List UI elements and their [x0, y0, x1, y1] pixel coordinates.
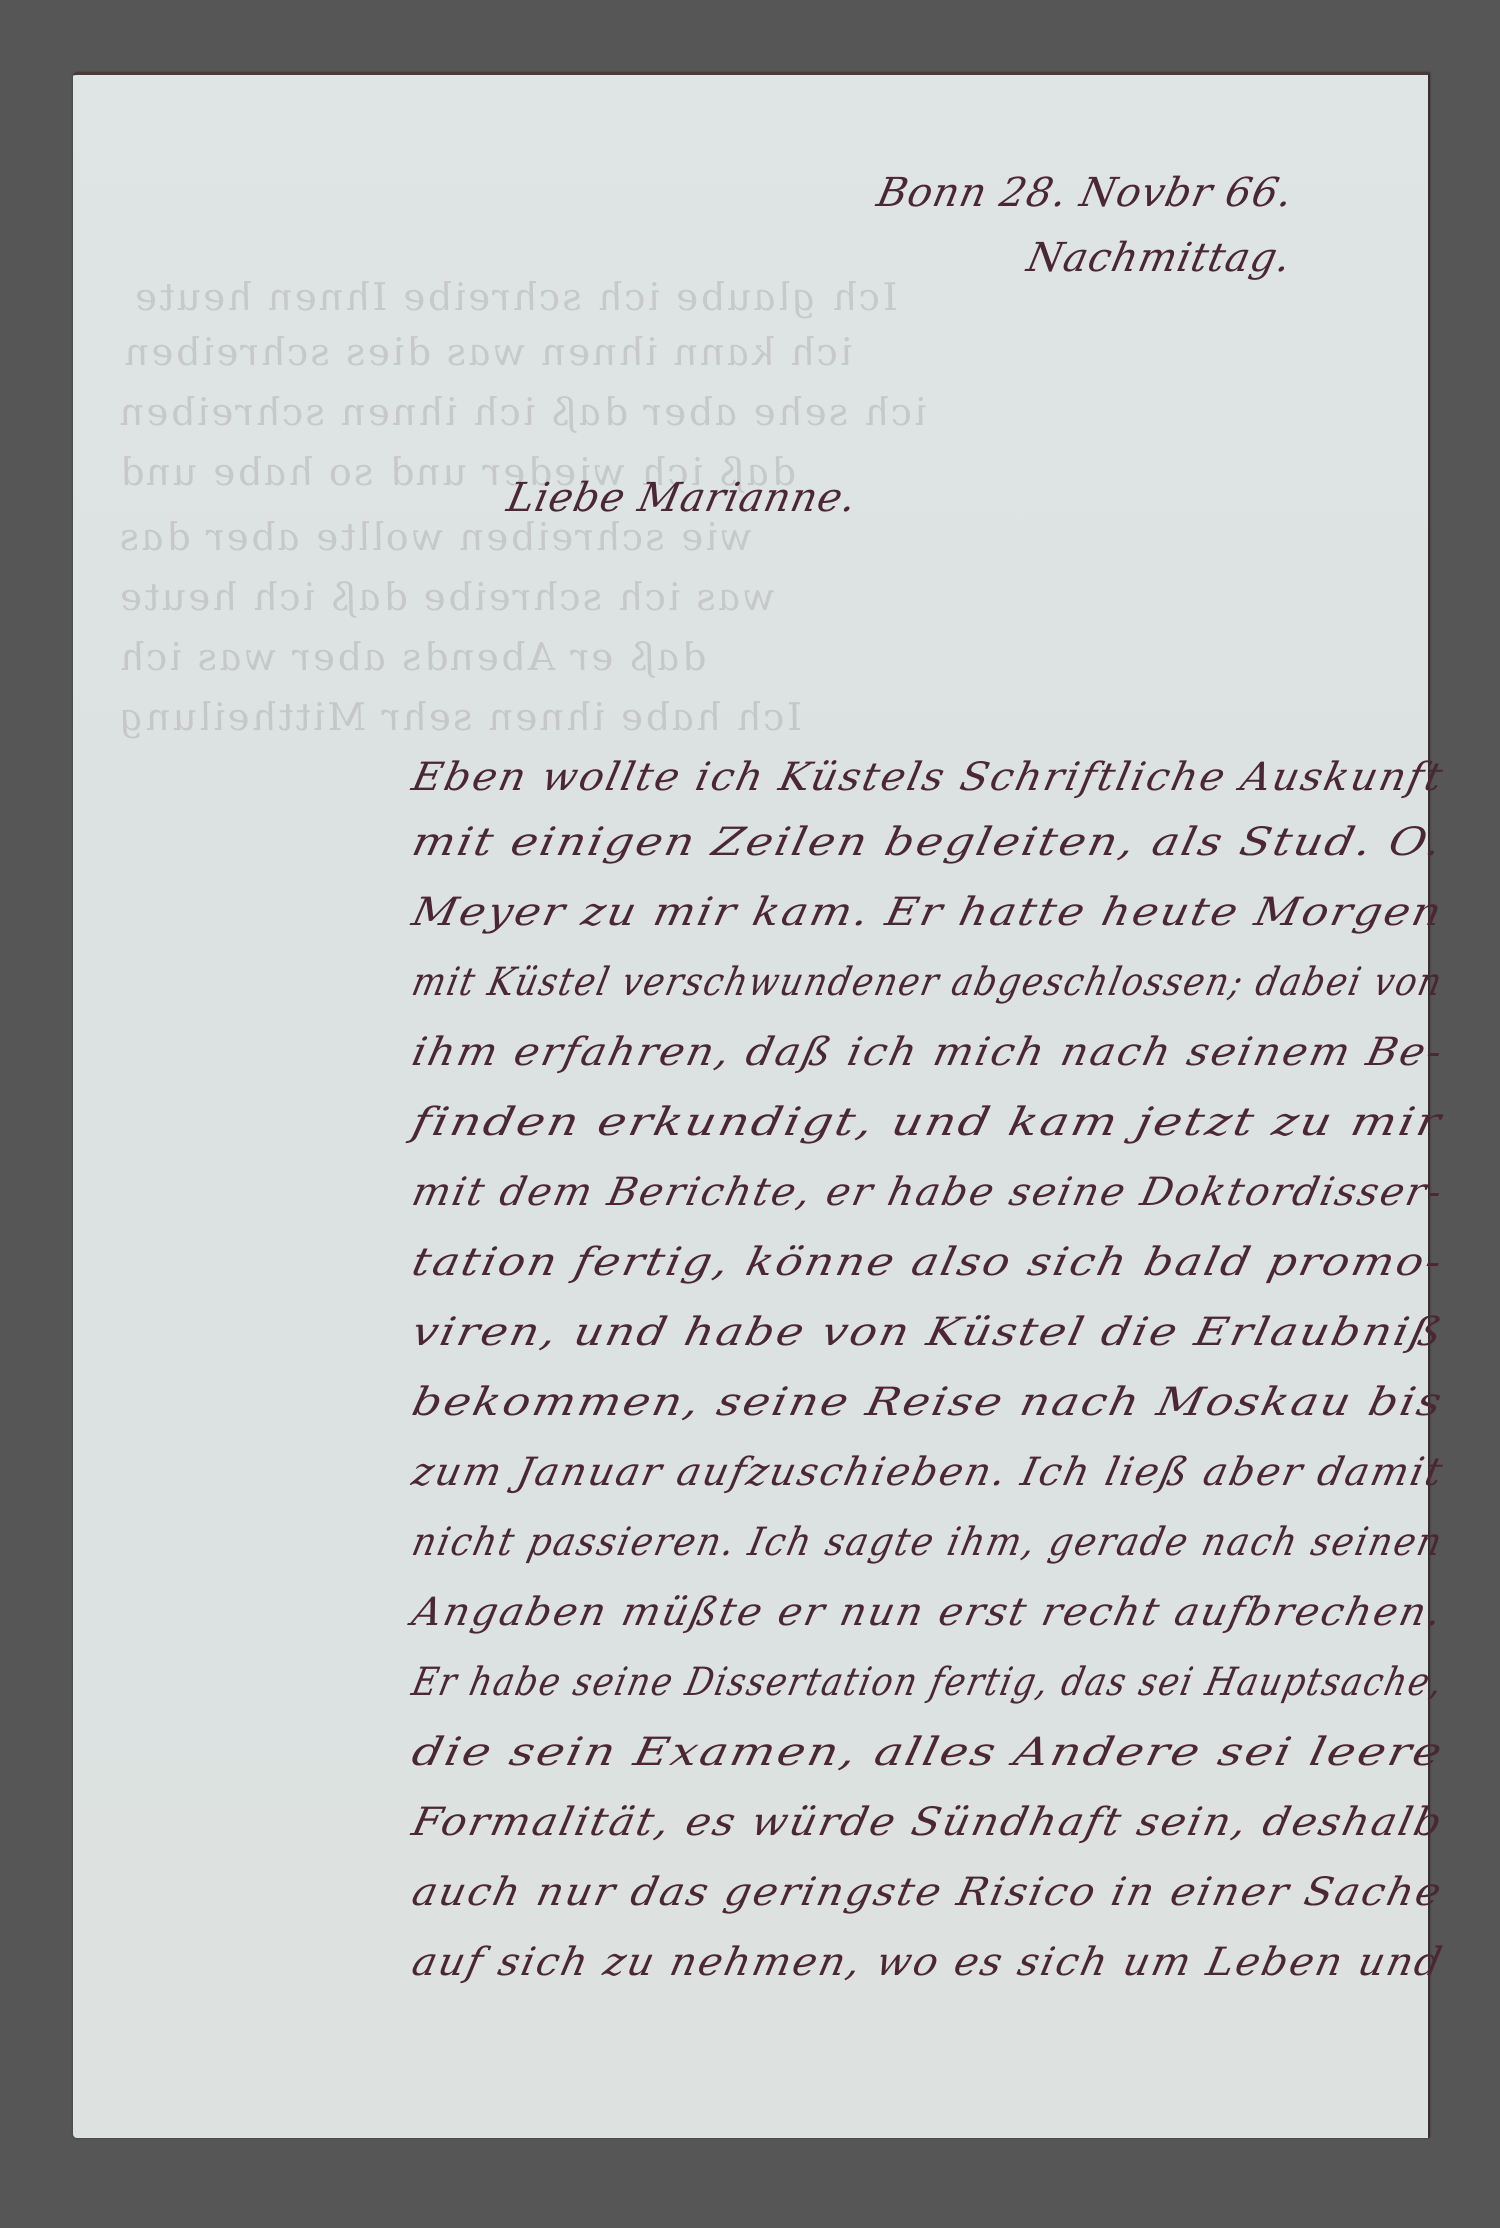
letter-body-line: mit einigen Zeilen begleiten, als Stud. … [408, 820, 1447, 865]
bleed-through-line: Ich habe ihnen sehr Mittheilung [114, 695, 806, 739]
letter-body-line: zum Januar aufzuschieben. Ich ließ aber … [408, 1450, 1448, 1495]
bleed-through-line: was ich schreibe daß ich heute [114, 575, 779, 619]
letter-body-line: auf sich zu nehmen, wo es sich um Leben … [408, 1940, 1448, 1985]
letter-body-line: Er habe seine Dissertation fertig, das s… [408, 1660, 1448, 1705]
letter-time-of-day: Nachmittag. [1023, 235, 1296, 281]
bleed-through-line: wie schreiben wollte aber das [114, 515, 756, 559]
letter-body-line: ihm erfahren, daß ich mich nach seinem B… [408, 1030, 1448, 1075]
bleed-through-line: ich kann ihnen was dies schreiben [119, 330, 856, 374]
letter-place-date: Bonn 28. Novbr 66. [873, 170, 1298, 216]
letter-body-line: nicht passieren. Ich sagte ihm, gerade n… [408, 1520, 1447, 1565]
letter-body-line: viren, und habe von Küstel die Erlaubniß [408, 1310, 1448, 1355]
letter-body-line: mit dem Berichte, er habe seine Doktordi… [408, 1170, 1448, 1215]
bleed-through-line: ich sehe aber daß ich ihnen schreiben [114, 390, 930, 434]
letter-salutation: Liebe Marianne. [503, 475, 861, 521]
letter-body-line: bekommen, seine Reise nach Moskau bis [408, 1380, 1448, 1425]
letter-body-line: mit Küstel verschwundener abgeschlossen;… [408, 960, 1447, 1005]
letter-body-line: Meyer zu mir kam. Er hatte heute Morgen [408, 890, 1448, 935]
letter-body-line: tation fertig, könne also sich bald prom… [408, 1240, 1448, 1285]
letter-body-line: Formalität, es würde Sündhaft sein, desh… [408, 1800, 1448, 1845]
letter-body-line: Eben wollte ich Küstels Schriftliche Aus… [408, 755, 1448, 800]
letter-body-line: auch nur das geringste Risico in einer S… [408, 1870, 1447, 1915]
letter-body-line: die sein Examen, alles Andere sei leere [408, 1730, 1448, 1775]
bleed-through-line: daß er Abends aber was ich [114, 635, 710, 679]
letter-body-line: finden erkundigt, und kam jetzt zu mir [408, 1100, 1447, 1145]
bleed-through-line: Ich glaube ich schreibe Ihnen heute [129, 275, 901, 319]
letter-page: Ich glaube ich schreibe Ihnen heute ich … [73, 72, 1430, 2138]
letter-body-line: Angaben müßte er nun erst recht aufbrech… [408, 1590, 1447, 1635]
